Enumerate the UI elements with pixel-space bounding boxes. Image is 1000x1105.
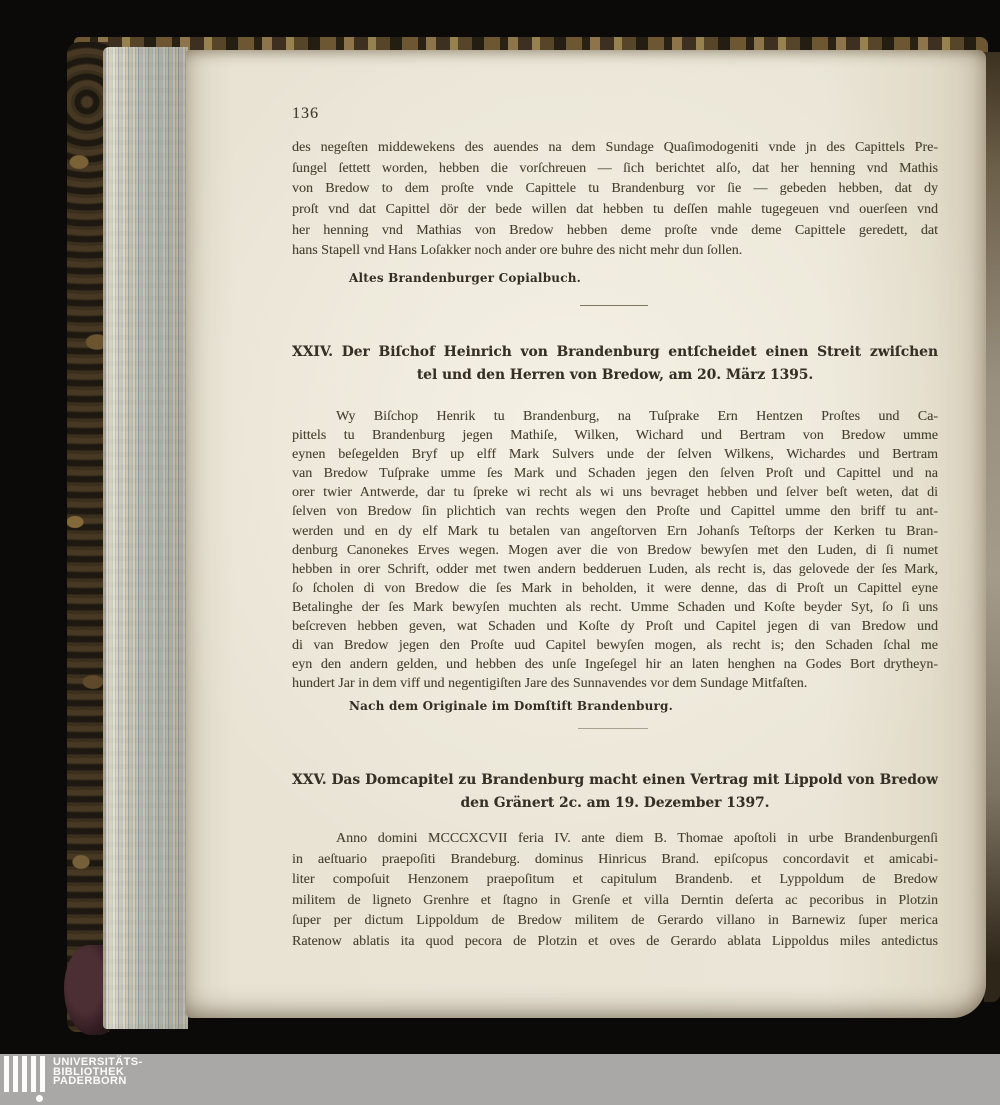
text-line: den Gränert 2c. am 19. Dezember 1397. (292, 792, 938, 815)
scan-viewport: 136 des negeſten middewekens des auendes… (0, 0, 1000, 1105)
section-xxiv-heading: XXIV. Der Biſchof Heinrich von Brandenbu… (292, 341, 938, 387)
page-fore-edge-stack (103, 47, 188, 1029)
section-divider (578, 728, 648, 729)
text-line: ſelven von Bredow ſin plichtich van rech… (292, 502, 938, 521)
opposite-page-edge (984, 52, 1000, 1002)
text-line: Wy Biſchop Henrik tu Brandenburg, na Tuſ… (292, 407, 938, 426)
book-page: 136 des negeſten middewekens des auendes… (186, 50, 986, 1018)
text-line: eyn den andern gelden, und hebben des un… (292, 655, 938, 674)
text-line: von Bredow to dem proſte vnde Capittele … (292, 179, 938, 200)
text-line: XXIV. Der Biſchof Heinrich von Brandenbu… (292, 341, 938, 364)
section-xxv-body: Anno domini MCCCXCVII feria IV. ante die… (292, 829, 938, 952)
text-line: XXV. Das Domcapitel zu Brandenburg macht… (292, 769, 938, 792)
text-line: proſt vnd dat Capittel dör der bede will… (292, 200, 938, 221)
intro-paragraph: des negeſten middewekens des auendes na … (292, 138, 938, 262)
text-line: her henning vnd Mathias von Bredow hebbe… (292, 221, 938, 242)
text-line: Anno domini MCCCXCVII feria IV. ante die… (292, 829, 938, 850)
text-line: pittels tu Brandenburg jegen Mathiſe, Wi… (292, 426, 938, 445)
section-xxiv-body: Wy Biſchop Henrik tu Brandenburg, na Tuſ… (292, 407, 938, 693)
text-line: in aeſtuario praepoſiti Brandeburg. domi… (292, 850, 938, 871)
text-line: orer twier Antwerde, dar tu ſpreke wi re… (292, 483, 938, 502)
section-xxv-heading: XXV. Das Domcapitel zu Brandenburg macht… (292, 769, 938, 815)
text-line: militem de ligneto Grenhre et ſtagno in … (292, 891, 938, 912)
library-footer: UNIVERSITÄTS- BIBLIOTHEK PADERBORN (0, 1054, 1000, 1105)
text-line: van Bredow Tuſprake umme ſes Mark und Sc… (292, 464, 938, 483)
section-divider (580, 305, 648, 306)
text-line: denburg Canonekes Erves wegen. Mogen ave… (292, 541, 938, 560)
text-line: di van Bredow jegen den Proſte uud Capit… (292, 636, 938, 655)
text-line: hans Stapell vnd Hans Loſakker noch ande… (292, 241, 938, 262)
text-line: Ratenow ablatis ita quod pecora de Plotz… (292, 932, 938, 953)
library-name: UNIVERSITÄTS- BIBLIOTHEK PADERBORN (53, 1058, 143, 1087)
text-line: des negeſten middewekens des auendes na … (292, 138, 938, 159)
text-line: Betalinghe der ſes Mark bewyſen muchten … (292, 598, 938, 617)
text-column: 136 des negeſten middewekens des auendes… (292, 50, 938, 1018)
text-line: beſcreven hebben geven, wat Schaden und … (292, 617, 938, 636)
text-line: liter compoſuit Henzonem praepoſitum et … (292, 870, 938, 891)
library-logo-icon (4, 1056, 45, 1092)
text-line: ſo ſcholen di von Bredow die ſes Mark in… (292, 579, 938, 598)
library-name-line: PADERBORN (53, 1077, 143, 1087)
source-note-domstift: Nach dem Originale im Domſtift Brandenbu… (292, 699, 995, 713)
library-logo-exclamation-dot (36, 1095, 43, 1102)
text-line: hebben in orer Schrift, odder met twen a… (292, 560, 938, 579)
text-line: hundert Jar in dem viff und negentigiſte… (292, 674, 938, 693)
text-line: tel und den Herren von Bredow, am 20. Mä… (292, 364, 938, 387)
page-number: 136 (292, 105, 938, 123)
text-line: werden und en dy elf Mark tu betalen van… (292, 522, 938, 541)
text-line: eynen beſegelden Bryf up elff Mark Sulve… (292, 445, 938, 464)
source-note-copialbuch: Altes Brandenburger Copialbuch. (292, 271, 995, 285)
text-line: ſungel ſettett worden, hebben die vorſch… (292, 159, 938, 180)
text-line: ſuper per dictum Lippoldum de Bredow mil… (292, 911, 938, 932)
